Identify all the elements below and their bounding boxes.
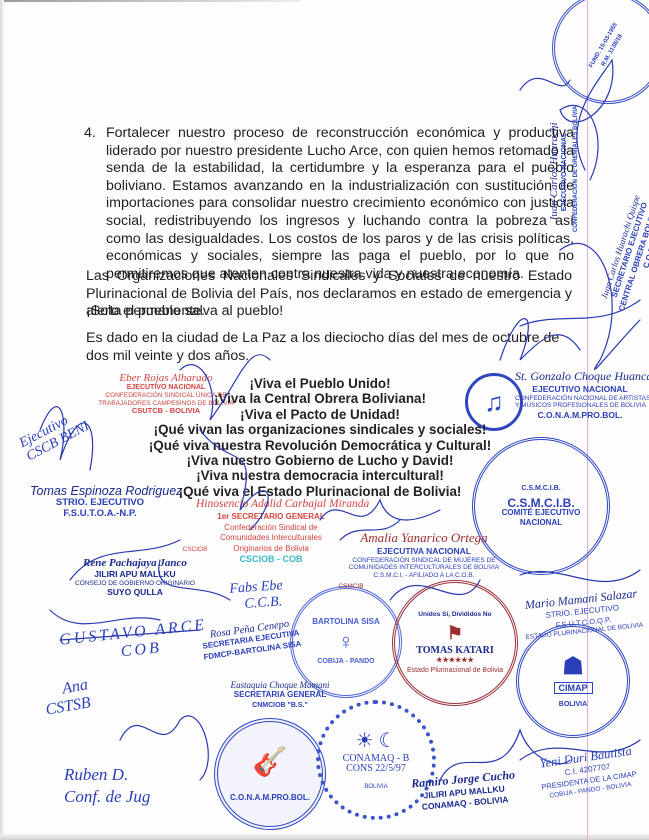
logo-label: CSCIOB (175, 546, 215, 554)
slogan: ¡Qué viva el Estado Plurinacional de Bol… (140, 484, 500, 499)
cob-signature-block: Juan Carlos Huarachi Quispe SECRETARIO E… (594, 179, 649, 325)
fdmcp-signature-block: Rosa Peña Cenepo SECRETARIA EJECUTIVA FD… (194, 617, 307, 664)
fsutcoop-signature-block: Mario Mamani Salazar STRIO. EJECUTIVO F.… (518, 586, 647, 642)
signatory-org: CNMCIOB "B.S." (230, 701, 330, 712)
signatory-title: EJECUTIVA NACIONAL (334, 546, 514, 557)
signatory-name: Rene Pachajaya Janco (70, 557, 200, 569)
stamp-line: CIMAP (554, 682, 593, 694)
handwritten-note-gustavo: GUSTAVO ARCE COB (59, 616, 210, 667)
handwritten-line: Ejecutivo (17, 406, 85, 452)
signatory-org: CONSEJO DE GOBIERNO ORIGINARIO (70, 580, 200, 588)
signatory-org: Comunidades Interculturales (196, 533, 346, 544)
suyo-qulla-signature-block: Rene Pachajaya Janco JILIRI APU MALLKU C… (70, 557, 200, 598)
signatory-org: F.S.U.T.O.A.-N.P. (30, 509, 170, 520)
gremiales-signature-block: Juan Carlos Huarachi EJECUTIVO NACIONAL … (548, 112, 581, 232)
signatory-name: Hinosencio Adalid Carbajal Miranda (196, 498, 346, 510)
signatory-title: EJECUTIVO NACIONAL (515, 384, 645, 395)
csciob-signature-block: Hinosencio Adalid Carbajal Miranda 1er S… (196, 498, 346, 565)
handwritten-line: CSCB BENI (24, 419, 92, 465)
handwritten-note-cstsb: Ana CSTSB (41, 676, 92, 719)
handwritten-note-conf: Ruben D. Conf. de Jug (64, 764, 150, 808)
stamp-line: Estado Plurinacional de Bolivia (407, 666, 503, 676)
signatory-org: CSCIOB - COB (196, 554, 346, 565)
condor-emblem-icon: ☀ ☾ (343, 728, 410, 754)
emblem-icon: ⚑ (407, 620, 503, 646)
handwritten-line: Conf. de Jug (64, 786, 150, 808)
signatory-name: Eustaquia Choque Mamani (230, 680, 330, 690)
signatory-org: SUYO QULLA (70, 587, 200, 598)
cimap-signature-block: Yeni Duri Bautista C.I. 4207707 PRESIDEN… (525, 742, 649, 805)
handwritten-line: CSTSB (44, 694, 92, 720)
stamp-line: TOMAS KATARI (407, 646, 503, 656)
indigenous-emblem-icon: ☗ (554, 652, 593, 682)
woman-figure-icon: ♀ (312, 627, 380, 657)
slogan: ¡Viva nuestra democracia intercultural! (140, 468, 500, 483)
conamprobol-stamp: 🎸 C.O.N.A.M.PRO.BOL. (214, 718, 326, 830)
stamp-line: NACIONAL (502, 518, 581, 528)
handwritten-line: Fabs Ebe (229, 578, 283, 598)
stamp-line: BARTOLINA SISA (312, 617, 380, 627)
handwritten-line: C.C.B. (244, 594, 284, 613)
slogan: ¡Viva el Pueblo Unido! (140, 376, 500, 391)
signatory-org: C.O.N.A.M.PRO.BOL. (515, 410, 645, 421)
stamp-line: C.S.M.C.I.B. (502, 484, 581, 494)
signatory-title: 1er SECRETARIO GENERAL (196, 512, 346, 523)
logo-label: CSMCIB (336, 583, 366, 591)
stamp-line: BOLIVIA (554, 700, 593, 710)
signatory-title: EJECUTIVO NACIONAL (560, 112, 571, 232)
item-text: Fortalecer nuestro proceso de reconstruc… (106, 125, 574, 283)
stamp-line: C.O.N.A.M.PRO.BOL. (230, 793, 310, 803)
signatory-org: CONFEDERACIÓN NACIONAL DE ARTISTAS (515, 395, 645, 403)
item-number: 4. (84, 125, 96, 143)
handwritten-line: GUSTAVO ARCE (59, 616, 208, 649)
closing-paragraph: Es dado en la ciudad de La Paz a los die… (86, 330, 574, 365)
slogans-list: ¡Viva el Pueblo Unido! ¡Viva la Central … (140, 376, 500, 499)
motto: ¡Solo el pueblo salva al pueblo! (86, 303, 576, 321)
stamp-line: BOLIVIA (343, 782, 410, 792)
signatory-org: Confederación Sindical de (196, 523, 346, 534)
scan-top-edge (0, 0, 300, 2)
scan-left-edge (0, 0, 4, 840)
handwritten-note-cscb: Ejecutivo CSCB BENI (17, 406, 92, 465)
signatory-title: STRIO. EJECUTIVO (30, 498, 170, 509)
signatory-title: SECRETARIA GENERAL (230, 690, 330, 701)
signatory-title: JILIRI APU MALLKU (70, 569, 200, 580)
cimap-stamp: ☗ CIMAP BOLIVIA (516, 624, 630, 738)
musician-emblem-icon: 🎸 (230, 745, 310, 779)
slogan: ¡Qué viva nuestra Revolución Democrática… (140, 438, 500, 453)
scan-bottom-edge (0, 834, 649, 840)
signatory-org: Originarios de Bolivia (196, 544, 346, 555)
slogan: ¡Viva el Pacto de Unidad! (140, 407, 500, 422)
stamp-line: COBIJA - PANDO (312, 657, 380, 667)
stamp-line: C.S.M.C.I.B. (502, 498, 581, 508)
gremiales-stamp: FUND. 15-03-1955 R.M. 1138/18 (552, 0, 649, 104)
signatory-org: CONFEDERACIÓN SINDICAL DE MUJERES DE (334, 557, 514, 565)
stamp-line: CONS 22/5/97 (343, 764, 410, 774)
signatory-name: Amalia Yanarico Ortega (334, 530, 514, 546)
stamp-line: Unidos Sí, Divididos No (407, 610, 503, 620)
handwritten-line: Ana (61, 676, 90, 698)
handwritten-line: Ruben D. (64, 764, 150, 786)
csciob-map-logo: CSCIOB (175, 520, 215, 554)
cnmciob-signature-block: Eustaquia Choque Mamani SECRETARIA GENER… (230, 680, 330, 711)
csmci-map-logo: CSMCIB (336, 565, 366, 591)
signatory-name: St. Gonzalo Choque Huanca (515, 369, 645, 384)
document-page: 4. Fortalecer nuestro proceso de reconst… (0, 0, 649, 840)
stamp-line: COMITÉ EJECUTIVO (502, 508, 581, 518)
signatory-name: Juan Carlos Huarachi (548, 112, 560, 232)
slogan: ¡Viva nuestro Gobierno de Lucho y David! (140, 453, 500, 468)
signatory-org: CONFEDERACIÓN DE GREMIALES BOLIVIA (571, 112, 582, 232)
slogan: ¡Qué vivan las organizaciones sindicales… (140, 422, 500, 437)
handwritten-note-fabs: Fabs Ebe C.C.B. (229, 578, 284, 614)
slogan: ¡Viva la Central Obrera Boliviana! (140, 391, 500, 406)
tomas-katari-stamp: Unidos Sí, Divididos No ⚑ TOMAS KATARI ★… (392, 580, 518, 706)
stamp-line: ★★★★★★ (407, 656, 503, 666)
conamprobol-signature-block: St. Gonzalo Choque Huanca EJECUTIVO NACI… (515, 369, 645, 420)
signatory-org: Y MÚSICOS PROFESIONALES DE BOLIVIA (515, 402, 645, 410)
